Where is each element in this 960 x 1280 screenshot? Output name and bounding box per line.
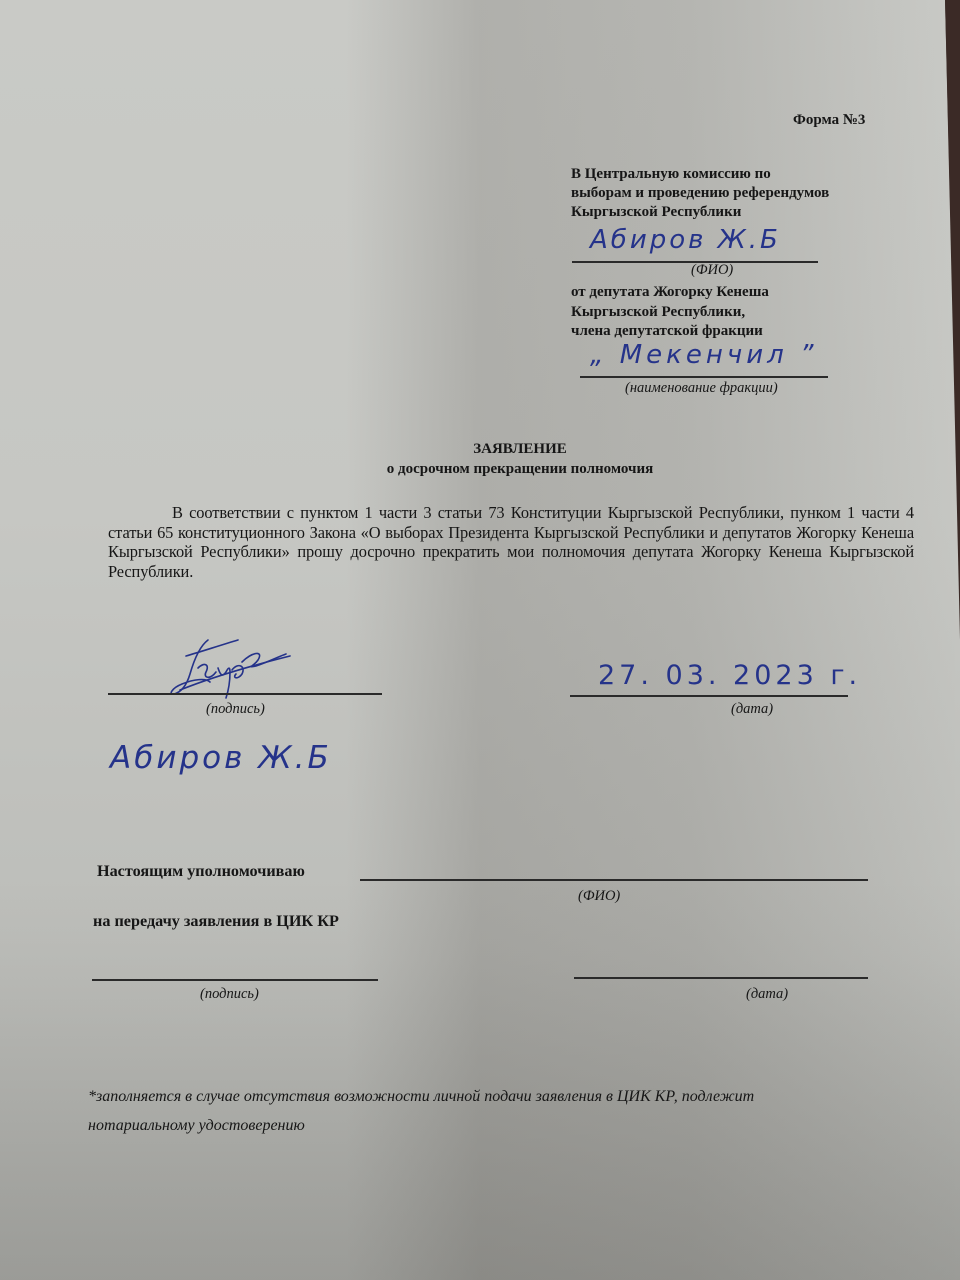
proxy-signature-line[interactable] [92, 979, 378, 981]
statement-body: В соответствии с пунктом 1 части 3 стать… [108, 503, 914, 581]
date-line [570, 695, 848, 697]
form-number: Форма №3 [793, 112, 865, 129]
addressee-line: В Центральную комиссию по [571, 165, 829, 184]
signature-scribble [160, 632, 300, 707]
addressee-line: Кыргызской Республики [571, 203, 829, 222]
photo-stage: Форма №3 В Центральную комиссию по выбор… [0, 0, 960, 1280]
faction-line [580, 376, 828, 378]
signer-name-handwritten: Абиров Ж.Б [110, 740, 332, 776]
authorize-fio-caption: (ФИО) [578, 888, 620, 905]
signature-line [108, 693, 382, 695]
authorize-label: Настоящим уполномочиваю [97, 862, 305, 881]
document-title: ЗАЯВЛЕНИЕ [0, 441, 960, 458]
faction-handwritten: „ Мекенчил ” [590, 340, 817, 370]
footnote-line: *заполняется в случае отсутствия возможн… [88, 1082, 754, 1111]
from-block: от депутата Жогорку Кенеша Кыргызской Ре… [571, 283, 769, 342]
from-line: от депутата Жогорку Кенеша [571, 283, 769, 303]
date-caption: (дата) [731, 701, 773, 718]
document-subtitle: о досрочном прекращении полномочия [0, 461, 960, 478]
footnote-line: нотариальному удостоверению [88, 1111, 754, 1140]
signature-caption: (подпись) [206, 701, 265, 718]
faction-caption: (наименование фракции) [625, 380, 778, 397]
from-line: члена депутатской фракции [571, 322, 769, 342]
from-line: Кыргызской Республики, [571, 303, 769, 323]
addressee-line: выборам и проведению референдумов [571, 184, 829, 203]
date-handwritten: 27. 03. 2023 г. [598, 660, 861, 691]
authorize-fio-line[interactable] [360, 879, 868, 881]
fio-caption: (ФИО) [691, 262, 733, 279]
applicant-name-handwritten: Абиров Ж.Б [590, 225, 781, 255]
handover-label: на передачу заявления в ЦИК КР [93, 912, 339, 931]
proxy-date-caption: (дата) [746, 986, 788, 1003]
proxy-date-line[interactable] [574, 977, 868, 979]
proxy-signature-caption: (подпись) [200, 986, 259, 1003]
addressee-block: В Центральную комиссию по выборам и пров… [571, 165, 829, 222]
footnote: *заполняется в случае отсутствия возможн… [88, 1082, 754, 1140]
